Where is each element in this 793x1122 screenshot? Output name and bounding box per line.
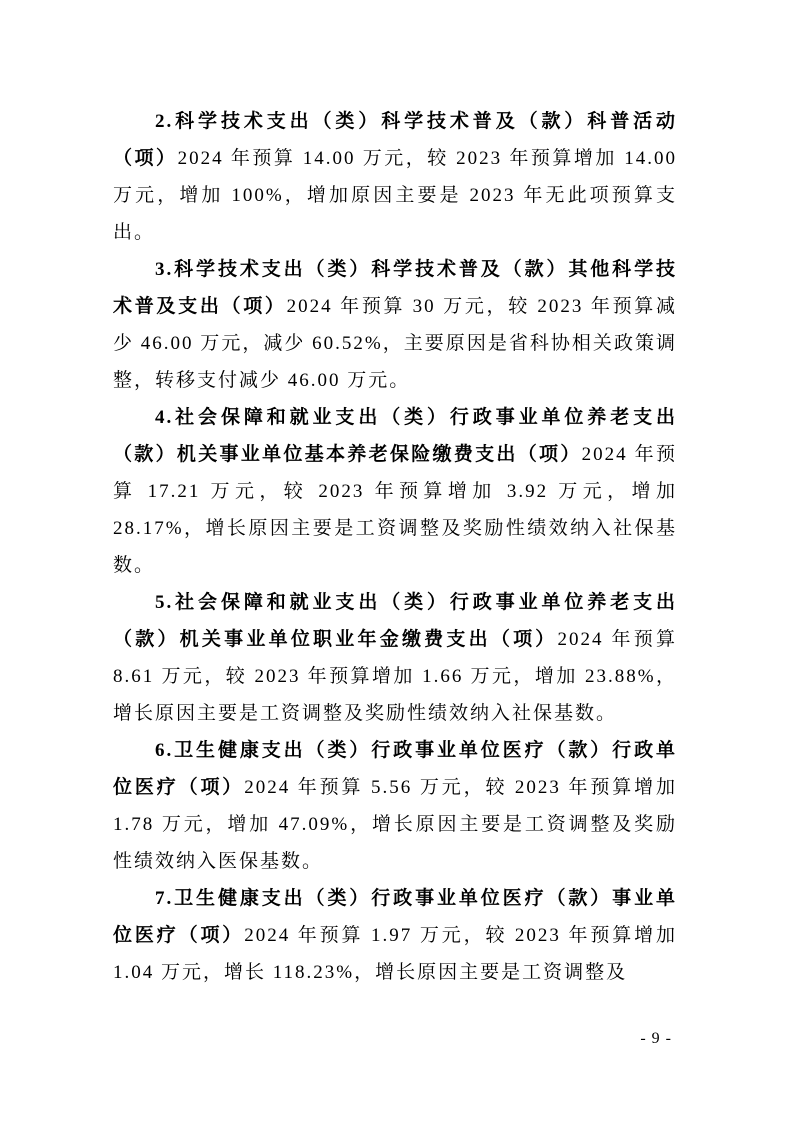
budget-paragraph-4: 4.社会保障和就业支出（类）行政事业单位养老支出（款）机关事业单位基本养老保险缴…	[113, 399, 677, 584]
page-number: - 9 -	[640, 1029, 672, 1049]
budget-paragraph-7: 7.卫生健康支出（类）行政事业单位医疗（款）事业单位医疗（项）2024 年预算 …	[113, 880, 677, 991]
budget-paragraph-3: 3.科学技术支出（类）科学技术普及（款）其他科学技术普及支出（项）2024 年预…	[113, 251, 677, 399]
budget-paragraph-2: 2.科学技术支出（类）科学技术普及（款）科普活动（项）2024 年预算 14.0…	[113, 103, 677, 251]
budget-paragraph-5: 5.社会保障和就业支出（类）行政事业单位养老支出（款）机关事业单位职业年金缴费支…	[113, 584, 677, 732]
document-page: 2.科学技术支出（类）科学技术普及（款）科普活动（项）2024 年预算 14.0…	[0, 0, 793, 1122]
budget-paragraph-6: 6.卫生健康支出（类）行政事业单位医疗（款）行政单位医疗（项）2024 年预算 …	[113, 732, 677, 880]
document-body: 2.科学技术支出（类）科学技术普及（款）科普活动（项）2024 年预算 14.0…	[113, 103, 677, 991]
budget-paragraph-2-text: 2024 年预算 14.00 万元，较 2023 年预算增加 14.00 万元，…	[113, 148, 677, 243]
